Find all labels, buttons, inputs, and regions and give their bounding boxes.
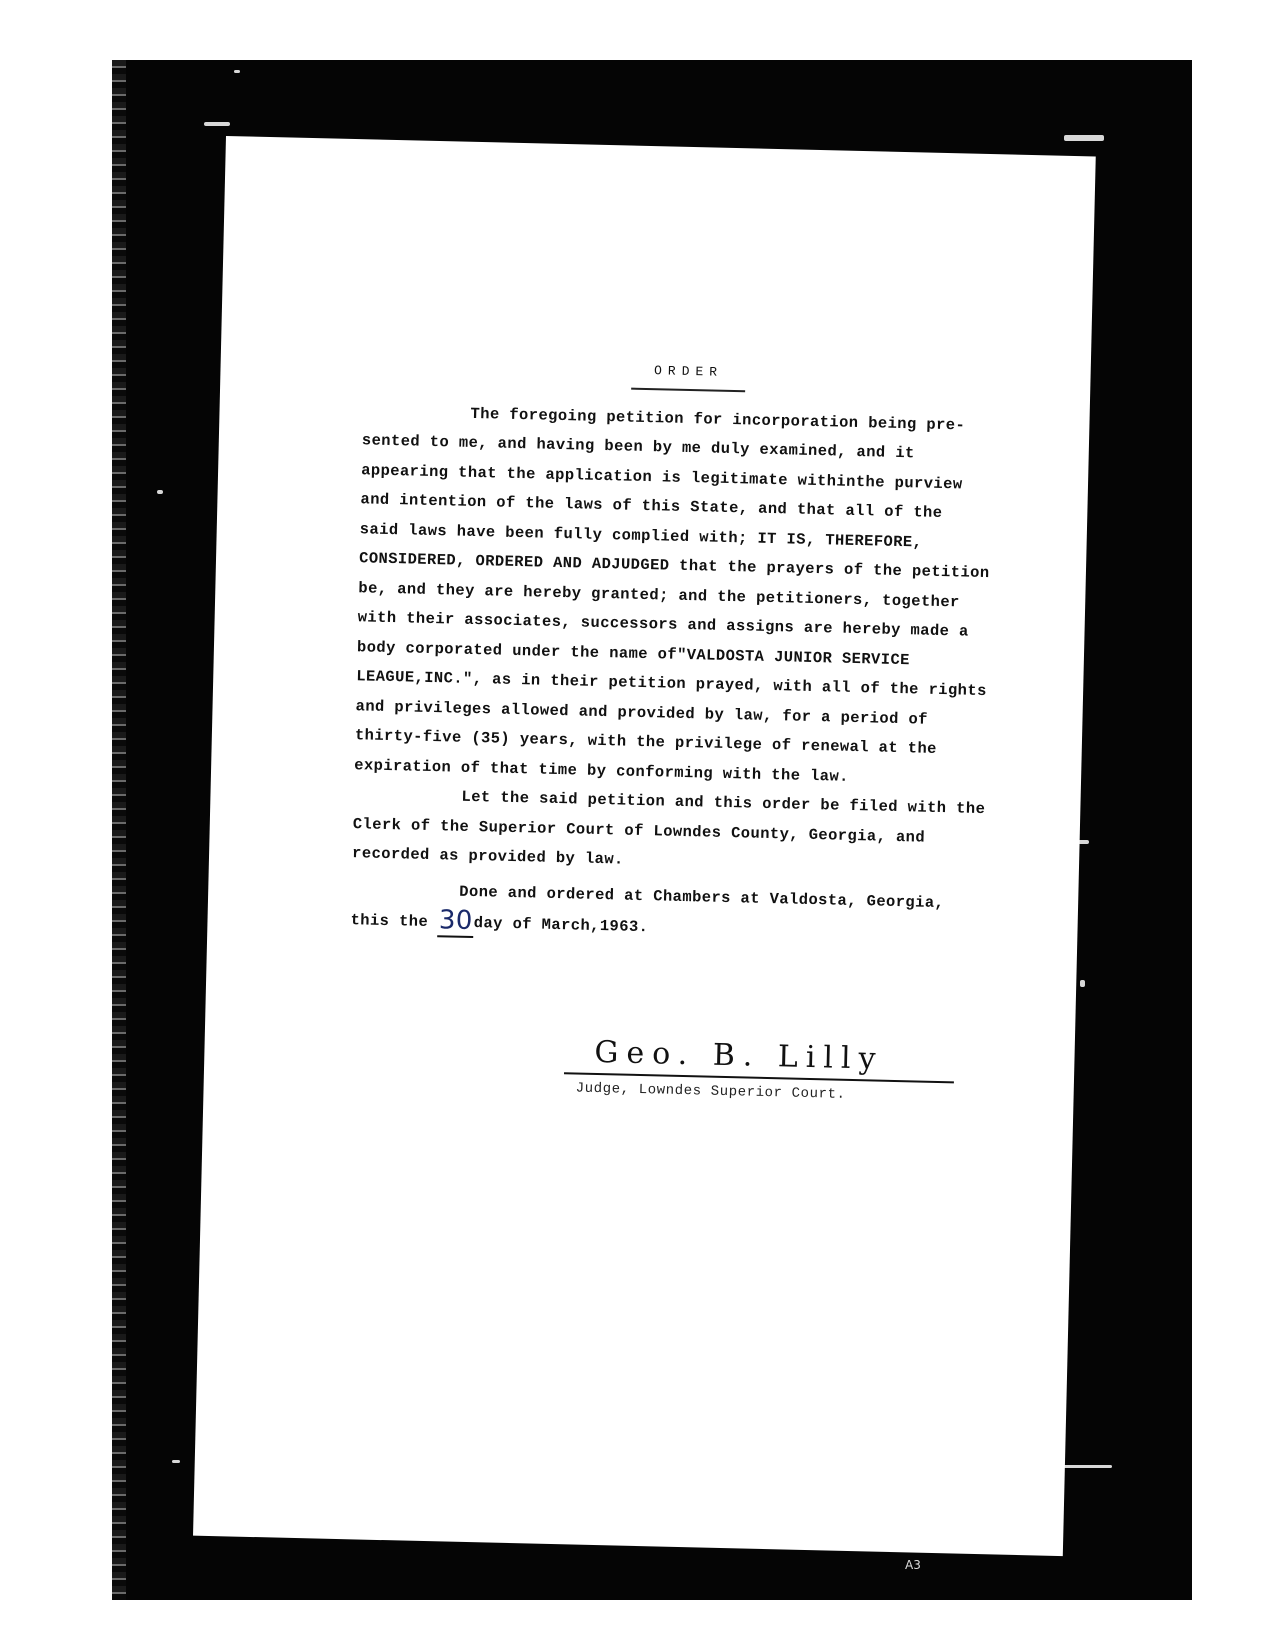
scanner-mark: A3 — [905, 1558, 921, 1572]
scan-speck — [172, 1460, 180, 1463]
date-suffix: day of March,1963. — [474, 914, 649, 936]
date-prefix: this the — [350, 911, 438, 931]
scan-speck — [234, 70, 240, 73]
scan-speck — [1080, 980, 1085, 987]
document-title-text: ORDER — [632, 356, 746, 392]
signature-block: Geo. B. Lilly Judge, Lowndes Superior Co… — [563, 1034, 954, 1111]
scan-speck — [204, 122, 230, 126]
document-title: ORDER — [363, 349, 1014, 398]
handwritten-day: 30 — [438, 905, 475, 938]
order-document: ORDER The foregoing petition for incorpo… — [350, 349, 1014, 951]
document-page: ORDER The foregoing petition for incorpo… — [193, 136, 1096, 1556]
paragraph-1: The foregoing petition for incorporation… — [354, 397, 1013, 796]
paragraph-2: Let the said petition and this order be … — [352, 780, 1004, 884]
scan-speck — [1064, 135, 1104, 141]
scan-speck — [157, 490, 163, 494]
scan-edge-left — [112, 60, 126, 1600]
